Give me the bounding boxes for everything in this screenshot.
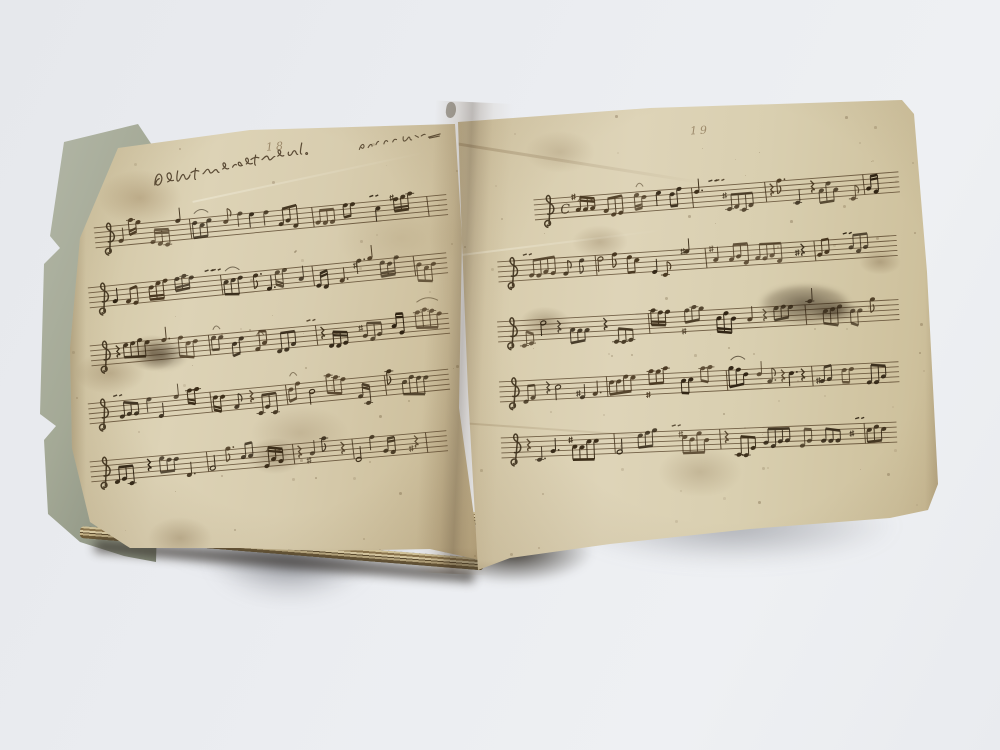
foxing-speck [221, 333, 223, 335]
foxing-speck [569, 327, 571, 329]
foxing-speck [331, 386, 334, 389]
foxing-speck [887, 473, 890, 476]
left-page: 18 [70, 118, 490, 570]
ink-stain [802, 296, 868, 326]
foxing-speck [798, 188, 801, 191]
page-number-left: 18 [266, 139, 287, 153]
foxing-speck [694, 354, 697, 357]
foxing-speck [833, 244, 836, 247]
foxing-speck [295, 250, 297, 252]
foxing-speck [360, 240, 363, 243]
foxing-speck [790, 220, 793, 223]
foxing-speck [758, 501, 761, 504]
foxing-speck [495, 185, 497, 187]
foxing-speck [767, 467, 769, 469]
foxing-speck [501, 218, 503, 220]
svg-text:C: C [560, 202, 571, 218]
foxing-speck [292, 478, 295, 481]
foxing-speck [287, 207, 290, 210]
foxing-speck [778, 400, 780, 402]
foxing-speck [464, 246, 466, 248]
foxing-speck [777, 246, 779, 248]
foxing-speck [399, 492, 402, 495]
foxing-speck [621, 468, 624, 471]
foxing-speck [379, 415, 382, 418]
foxing-speck [550, 411, 552, 413]
foxing-speck [305, 367, 307, 369]
foxing-speck [300, 459, 303, 462]
foxing-speck [675, 520, 678, 523]
foxing-speck [723, 497, 726, 500]
foxing-speck [456, 365, 459, 368]
foxing-speck [315, 477, 317, 479]
foxing-speck [72, 351, 75, 354]
foxing-speck [179, 148, 181, 150]
foxing-speck [874, 126, 877, 129]
foxing-speck [868, 306, 871, 309]
foxing-speck [250, 279, 253, 282]
foxing-speck [845, 116, 848, 119]
music-staff: C [532, 153, 897, 181]
foxing-speck [353, 477, 356, 480]
foxing-speck [728, 347, 730, 349]
foxing-speck [912, 162, 914, 164]
ink-stain [126, 334, 198, 376]
right-page-staves: C [450, 92, 945, 582]
foxing-speck [80, 544, 81, 545]
foxing-speck [687, 580, 689, 582]
foxing-speck [301, 259, 304, 262]
foxing-speck [369, 461, 371, 463]
foxing-speck [620, 445, 622, 447]
foxing-speck [480, 469, 483, 472]
foxing-speck [894, 449, 897, 452]
foxing-speck [363, 538, 365, 540]
foxing-speck [762, 467, 765, 470]
foxing-speck [665, 297, 668, 300]
foxing-speck [438, 204, 440, 206]
page-number-right: 19 [690, 123, 711, 137]
foxing-speck [892, 406, 894, 408]
foxing-speck [617, 152, 619, 154]
foxing-speck [843, 205, 846, 208]
foxing-speck [359, 267, 362, 270]
foxing-speck [920, 323, 923, 326]
foxing-speck [914, 232, 916, 234]
foxing-speck [183, 384, 186, 387]
right-page: 19 C [450, 92, 945, 582]
foxing-speck [744, 427, 746, 429]
foxing-speck [615, 115, 618, 118]
foxing-speck [539, 320, 541, 322]
binding-notch [445, 101, 458, 118]
foxing-speck [221, 475, 223, 477]
foxing-speck [919, 352, 921, 354]
photograph-background: 18 19 C [0, 0, 1000, 750]
foxing-speck [688, 215, 691, 218]
foxing-speck [895, 180, 898, 183]
foxing-speck [680, 490, 682, 492]
foxing-speck [249, 329, 251, 331]
